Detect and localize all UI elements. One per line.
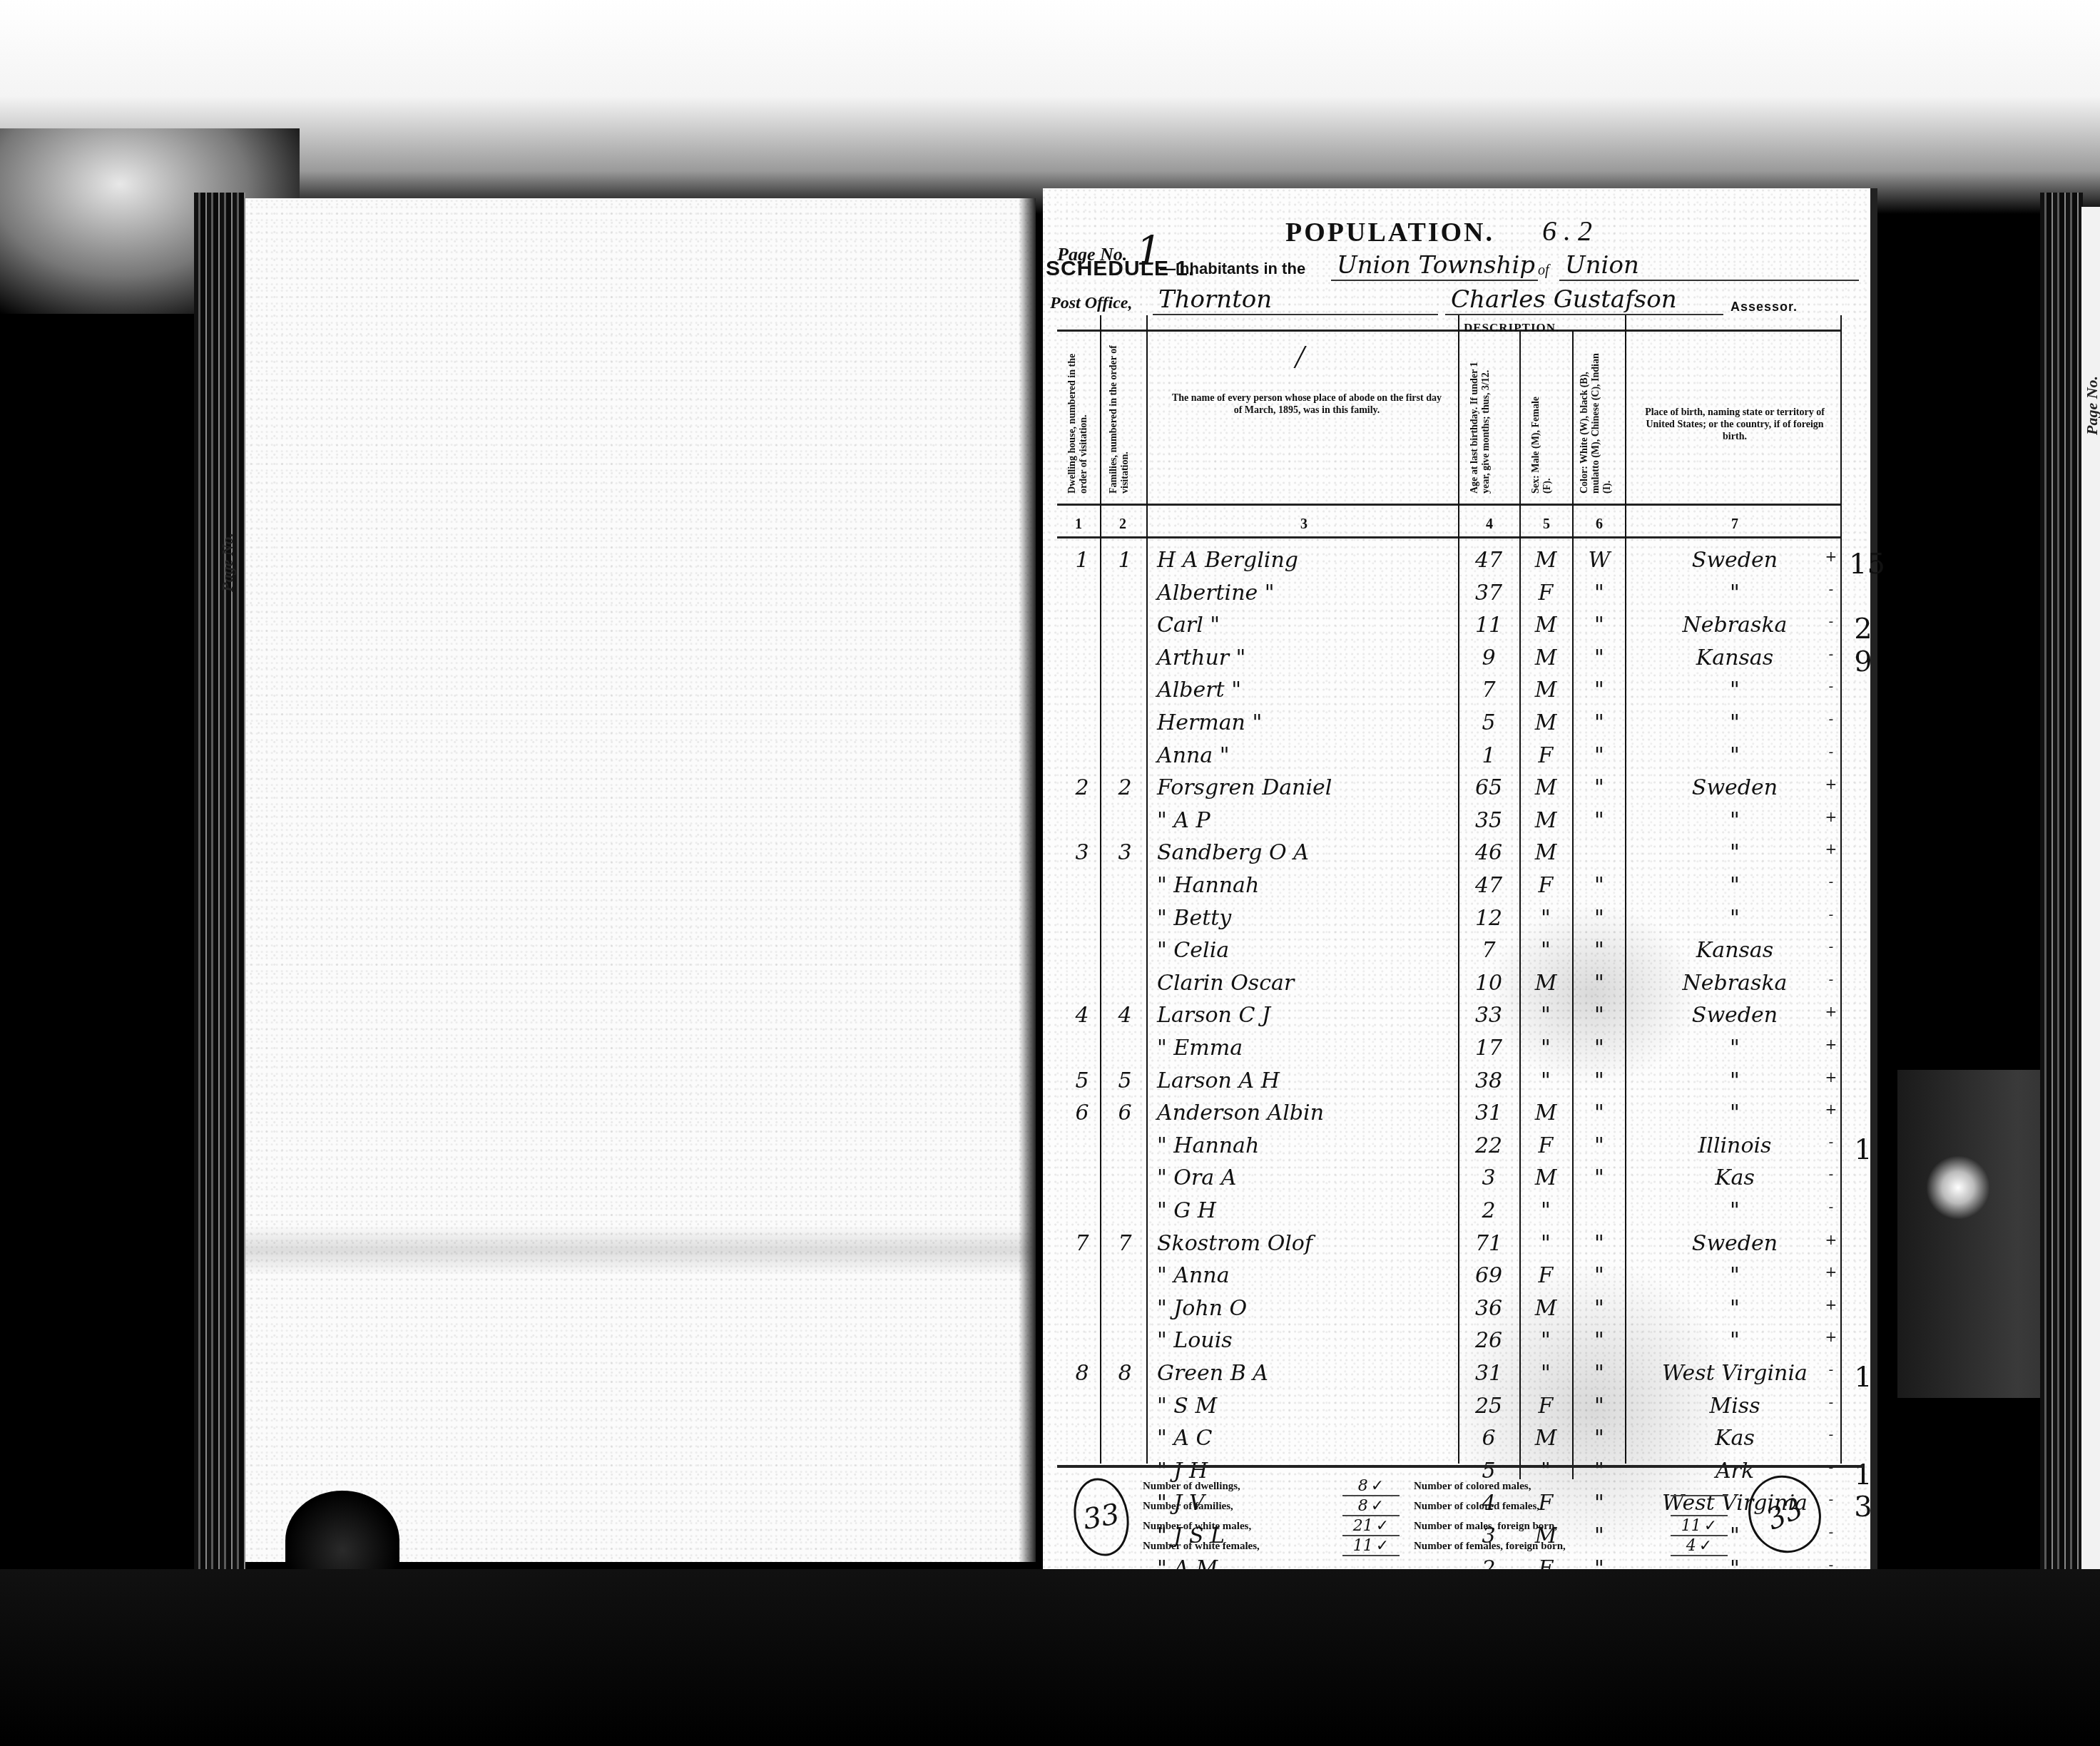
color: " bbox=[1578, 743, 1621, 768]
birthplace: " bbox=[1628, 1036, 1842, 1061]
margin-count: 15 bbox=[1849, 548, 1877, 581]
person-name: Albert " bbox=[1157, 678, 1457, 703]
table-row: " Hannah47F""- bbox=[1057, 873, 1856, 907]
title-annotation: 6 . 2 bbox=[1542, 214, 1592, 247]
table-row: Clarin Oscar10M"Nebraska- bbox=[1057, 971, 1856, 1005]
circled-count-left: 33 bbox=[1068, 1474, 1135, 1561]
sex: " bbox=[1524, 906, 1567, 931]
person-name: " Emma bbox=[1157, 1036, 1457, 1061]
tally-mark: + bbox=[1820, 1296, 1842, 1313]
age: 17 bbox=[1464, 1036, 1514, 1061]
family-number: 5 bbox=[1107, 1068, 1143, 1093]
sex: " bbox=[1524, 1036, 1567, 1061]
birthplace: West Virginia bbox=[1628, 1361, 1842, 1386]
sex: M bbox=[1524, 1296, 1567, 1321]
table-rule bbox=[1057, 536, 1842, 538]
sex: F bbox=[1524, 743, 1567, 768]
color: " bbox=[1578, 1133, 1621, 1158]
sex: F bbox=[1524, 581, 1567, 606]
person-name: Herman " bbox=[1157, 710, 1457, 735]
table-row: " A P35M""+ bbox=[1057, 808, 1856, 842]
color: " bbox=[1578, 1328, 1621, 1353]
tally-mark: - bbox=[1820, 873, 1842, 890]
sex: F bbox=[1524, 1394, 1567, 1419]
next-page-spine-label: Page No. bbox=[2083, 376, 2100, 435]
table-row: " John O36M""+ bbox=[1057, 1296, 1856, 1330]
table-row: " Betty12"""- bbox=[1057, 906, 1856, 940]
sex: M bbox=[1524, 840, 1567, 865]
age: 31 bbox=[1464, 1361, 1514, 1386]
color: " bbox=[1578, 710, 1621, 735]
age: 9 bbox=[1464, 645, 1514, 670]
table-row: " Louis26"""+ bbox=[1057, 1328, 1856, 1362]
sex: " bbox=[1524, 1328, 1567, 1353]
assessor-label: Assessor. bbox=[1731, 300, 1798, 315]
age: 22 bbox=[1464, 1133, 1514, 1158]
birthplace: Nebraska bbox=[1628, 971, 1842, 996]
age: 10 bbox=[1464, 971, 1514, 996]
footer-label: Number of white females, bbox=[1143, 1541, 1260, 1553]
table-row: " Celia7""Kansas- bbox=[1057, 938, 1856, 972]
header-dwelling: Dwelling house, numbered in the order of… bbox=[1067, 344, 1099, 494]
birthplace: Miss bbox=[1628, 1394, 1842, 1419]
birthplace: " bbox=[1628, 1296, 1842, 1321]
name-column-mark: / bbox=[1157, 351, 1442, 363]
tally-mark: - bbox=[1820, 906, 1842, 923]
footer-label: Number of families, bbox=[1143, 1501, 1233, 1513]
sex: F bbox=[1524, 873, 1567, 898]
person-name: " John O bbox=[1157, 1296, 1457, 1321]
birthplace: Sweden bbox=[1628, 548, 1842, 573]
birthplace: " bbox=[1628, 1328, 1842, 1353]
page-title: POPULATION. bbox=[1285, 217, 1494, 248]
white-males-count: 21✓ bbox=[1342, 1518, 1400, 1536]
family-number: 3 bbox=[1107, 840, 1143, 865]
header-age: Age at last birthday. If under 1 year, g… bbox=[1469, 344, 1512, 494]
birthplace: Kansas bbox=[1628, 645, 1842, 670]
footer-label: Number of females, foreign born, bbox=[1414, 1541, 1566, 1553]
table-row: Herman "5M""- bbox=[1057, 710, 1856, 745]
tally-mark: - bbox=[1820, 1133, 1842, 1150]
person-name: " Ora A bbox=[1157, 1165, 1457, 1190]
white-females-count: 11✓ bbox=[1342, 1538, 1400, 1556]
township-field: Union Township bbox=[1331, 251, 1538, 281]
header-sex: Sex: Male (M), Female (F). bbox=[1531, 379, 1559, 494]
table-row: 44Larson C J33""Sweden+ bbox=[1057, 1003, 1856, 1037]
column-number: 4 bbox=[1475, 516, 1504, 533]
column-number: 5 bbox=[1532, 516, 1561, 533]
tally-mark: - bbox=[1820, 1394, 1842, 1411]
top-glare bbox=[0, 0, 2100, 214]
inhabitants-label: —Inhabitants in the bbox=[1160, 260, 1305, 278]
sex: F bbox=[1524, 1133, 1567, 1158]
person-name: Albertine " bbox=[1157, 581, 1457, 606]
family-number: 4 bbox=[1107, 1003, 1143, 1028]
assessor-field: Charles Gustafson bbox=[1445, 285, 1723, 315]
tally-mark: - bbox=[1820, 710, 1842, 727]
sex: " bbox=[1524, 1198, 1567, 1223]
family-number: 7 bbox=[1107, 1231, 1143, 1256]
age: 47 bbox=[1464, 548, 1514, 573]
table-row: 88Green B A31""West Virginia-1 bbox=[1057, 1361, 1856, 1395]
color: " bbox=[1578, 1263, 1621, 1288]
color: " bbox=[1578, 1361, 1621, 1386]
tally-mark: + bbox=[1820, 808, 1842, 825]
tally-mark: + bbox=[1820, 1003, 1842, 1020]
age: 33 bbox=[1464, 1003, 1514, 1028]
person-name: " Hannah bbox=[1157, 873, 1457, 898]
person-name: " G H bbox=[1157, 1198, 1457, 1223]
table-row: " G H2""- bbox=[1057, 1198, 1856, 1232]
family-number: 8 bbox=[1107, 1361, 1143, 1386]
sex: M bbox=[1524, 710, 1567, 735]
sex: M bbox=[1524, 613, 1567, 638]
color: " bbox=[1578, 938, 1621, 963]
person-name: " A C bbox=[1157, 1426, 1457, 1451]
color: " bbox=[1578, 1426, 1621, 1451]
birthplace: " bbox=[1628, 678, 1842, 703]
birthplace: " bbox=[1628, 840, 1842, 865]
table-row: 22Forsgren Daniel65M"Sweden+ bbox=[1057, 775, 1856, 810]
birthplace: Illinois bbox=[1628, 1133, 1842, 1158]
age: 11 bbox=[1464, 613, 1514, 638]
person-name: Carl " bbox=[1157, 613, 1457, 638]
birthplace: Kansas bbox=[1628, 938, 1842, 963]
age: 31 bbox=[1464, 1101, 1514, 1125]
table-row: Anna "1F""- bbox=[1057, 743, 1856, 777]
tally-mark: - bbox=[1820, 581, 1842, 598]
birthplace: Sweden bbox=[1628, 775, 1842, 800]
birthplace: " bbox=[1628, 1101, 1842, 1125]
table-row: 77Skostrom Olof71""Sweden+ bbox=[1057, 1231, 1856, 1265]
table-row: " S M25F"Miss- bbox=[1057, 1394, 1856, 1428]
table-rule bbox=[1057, 330, 1842, 332]
person-name: " Celia bbox=[1157, 938, 1457, 963]
sex: M bbox=[1524, 1165, 1567, 1190]
margin-count: 2 bbox=[1849, 613, 1877, 645]
birthplace: " bbox=[1628, 808, 1842, 833]
dwelling-number: 1 bbox=[1064, 548, 1100, 573]
family-number: 2 bbox=[1107, 775, 1143, 800]
color: " bbox=[1578, 1394, 1621, 1419]
dwelling-number: 8 bbox=[1064, 1361, 1100, 1386]
person-name: Larson C J bbox=[1157, 1003, 1457, 1028]
color: " bbox=[1578, 775, 1621, 800]
census-table: DESCRIPTION. Dwelling house, numbered in… bbox=[1057, 315, 1856, 1456]
birthplace: " bbox=[1628, 873, 1842, 898]
age: 46 bbox=[1464, 840, 1514, 865]
color: " bbox=[1578, 1101, 1621, 1125]
birthplace: Kas bbox=[1628, 1165, 1842, 1190]
age: 69 bbox=[1464, 1263, 1514, 1288]
tally-mark: + bbox=[1820, 1036, 1842, 1053]
gutter-shadow bbox=[1019, 198, 1036, 1562]
color: " bbox=[1578, 1003, 1621, 1028]
table-row: " Emma17"""+ bbox=[1057, 1036, 1856, 1070]
circled-count-right: 33 bbox=[1735, 1464, 1833, 1565]
foreign-born-females-count: 4✓ bbox=[1671, 1538, 1728, 1556]
description-group-label: DESCRIPTION. bbox=[1464, 321, 1559, 335]
colored-males-count bbox=[1671, 1478, 1728, 1496]
column-number: 3 bbox=[1290, 516, 1318, 533]
tally-mark: - bbox=[1820, 1361, 1842, 1378]
table-row: " A C6M"Kas- bbox=[1057, 1426, 1856, 1460]
color: " bbox=[1578, 678, 1621, 703]
header-birthplace: Place of birth, naming state or territor… bbox=[1635, 407, 1835, 443]
person-name: " S M bbox=[1157, 1394, 1457, 1419]
tally-mark: + bbox=[1820, 1263, 1842, 1280]
person-name: " A P bbox=[1157, 808, 1457, 833]
table-row: " Hannah22F"Illinois-1 bbox=[1057, 1133, 1856, 1168]
birthplace: Sweden bbox=[1628, 1003, 1842, 1028]
birthplace: " bbox=[1628, 1068, 1842, 1093]
sex: F bbox=[1524, 1263, 1567, 1288]
column-number: 2 bbox=[1108, 516, 1137, 533]
color: " bbox=[1578, 906, 1621, 931]
far-right-spine bbox=[2040, 193, 2083, 1569]
tally-mark: - bbox=[1820, 1426, 1842, 1443]
color: " bbox=[1578, 1165, 1621, 1190]
table-row: " Ora A3M"Kas- bbox=[1057, 1165, 1856, 1200]
birthplace: " bbox=[1628, 581, 1842, 606]
margin-count: 1 bbox=[1849, 1361, 1877, 1394]
table-row: 55Larson A H38"""+ bbox=[1057, 1068, 1856, 1103]
sex: " bbox=[1524, 1231, 1567, 1256]
color: " bbox=[1578, 645, 1621, 670]
person-name: Green B A bbox=[1157, 1361, 1457, 1386]
post-office-field: Thornton bbox=[1153, 285, 1438, 315]
age: 5 bbox=[1464, 710, 1514, 735]
column-number: 6 bbox=[1585, 516, 1614, 533]
sex: " bbox=[1524, 938, 1567, 963]
tally-mark: - bbox=[1820, 743, 1842, 760]
light-reflection bbox=[1926, 1155, 1990, 1220]
footer-label: Number of dwellings, bbox=[1143, 1481, 1240, 1493]
person-name: Forsgren Daniel bbox=[1157, 775, 1457, 800]
birthplace: " bbox=[1628, 710, 1842, 735]
tally-mark: + bbox=[1820, 775, 1842, 792]
age: 7 bbox=[1464, 678, 1514, 703]
tally-mark: - bbox=[1820, 678, 1842, 695]
sex: M bbox=[1524, 1426, 1567, 1451]
tally-mark: + bbox=[1820, 840, 1842, 857]
birthplace: Nebraska bbox=[1628, 613, 1842, 638]
person-name: H A Bergling bbox=[1157, 548, 1457, 573]
county-field: Union bbox=[1559, 251, 1859, 281]
next-page-edge: Page No. bbox=[2081, 207, 2100, 1583]
color: " bbox=[1578, 1296, 1621, 1321]
color: " bbox=[1578, 873, 1621, 898]
table-row: Albert "7M""- bbox=[1057, 678, 1856, 712]
age: 37 bbox=[1464, 581, 1514, 606]
age: 1 bbox=[1464, 743, 1514, 768]
age: 2 bbox=[1464, 1198, 1514, 1223]
dwelling-number: 3 bbox=[1064, 840, 1100, 865]
tally-mark: + bbox=[1820, 1231, 1842, 1248]
dwelling-number: 5 bbox=[1064, 1068, 1100, 1093]
left-spine: Page No. bbox=[194, 193, 245, 1569]
schedule-line: SCHEDULE 1. —Inhabitants in the Union To… bbox=[1046, 251, 1866, 287]
age: 25 bbox=[1464, 1394, 1514, 1419]
table-row: Arthur "9M"Kansas-9 bbox=[1057, 645, 1856, 680]
table-row: Albertine "37F""- bbox=[1057, 581, 1856, 615]
column-number: 1 bbox=[1064, 516, 1093, 533]
bottom-dark-region bbox=[0, 1569, 2100, 1746]
age: 26 bbox=[1464, 1328, 1514, 1353]
birthplace: " bbox=[1628, 743, 1842, 768]
tally-mark: - bbox=[1820, 1165, 1842, 1183]
table-row: " Anna69F""+ bbox=[1057, 1263, 1856, 1297]
color: " bbox=[1578, 1068, 1621, 1093]
person-name: Larson A H bbox=[1157, 1068, 1457, 1093]
dwelling-number: 6 bbox=[1064, 1101, 1100, 1125]
tally-mark: - bbox=[1820, 1198, 1842, 1215]
birthplace: " bbox=[1628, 906, 1842, 931]
census-page: Page No. 1 POPULATION. 6 . 2 SCHEDULE 1.… bbox=[1043, 188, 1877, 1579]
left-spine-label: Page No. bbox=[218, 533, 237, 592]
foreign-born-males-count: 11✓ bbox=[1671, 1518, 1728, 1536]
color: " bbox=[1578, 971, 1621, 996]
person-name: Anderson Albin bbox=[1157, 1101, 1457, 1125]
person-name: " Betty bbox=[1157, 906, 1457, 931]
sex: M bbox=[1524, 971, 1567, 996]
dwellings-count: 8✓ bbox=[1342, 1478, 1400, 1496]
color: " bbox=[1578, 581, 1621, 606]
color: " bbox=[1578, 613, 1621, 638]
families-count: 8✓ bbox=[1342, 1498, 1400, 1516]
color: " bbox=[1578, 808, 1621, 833]
family-number: 1 bbox=[1107, 548, 1143, 573]
sex: M bbox=[1524, 548, 1567, 573]
tally-mark: + bbox=[1820, 548, 1842, 565]
color: " bbox=[1578, 1036, 1621, 1061]
person-name: Skostrom Olof bbox=[1157, 1231, 1457, 1256]
age: 6 bbox=[1464, 1426, 1514, 1451]
header-family: Families, numbered in the order of visit… bbox=[1108, 344, 1140, 494]
age: 47 bbox=[1464, 873, 1514, 898]
header-color: Color: White (W), black (B), mulatto (M)… bbox=[1579, 344, 1621, 494]
person-name: Sandberg O A bbox=[1157, 840, 1457, 865]
age: 3 bbox=[1464, 1165, 1514, 1190]
sex: M bbox=[1524, 775, 1567, 800]
person-name: Clarin Oscar bbox=[1157, 971, 1457, 996]
post-office-label: Post Office, bbox=[1050, 294, 1133, 313]
dwelling-number: 4 bbox=[1064, 1003, 1100, 1028]
table-row: Carl "11M"Nebraska-2 bbox=[1057, 613, 1856, 647]
tally-mark: - bbox=[1820, 645, 1842, 663]
fold-shadow bbox=[245, 1225, 1036, 1275]
sex: M bbox=[1524, 808, 1567, 833]
person-name: " Louis bbox=[1157, 1328, 1457, 1353]
tally-mark: - bbox=[1820, 613, 1842, 630]
table-row: 66Anderson Albin31M""+ bbox=[1057, 1101, 1856, 1135]
sex: M bbox=[1524, 678, 1567, 703]
birthplace: " bbox=[1628, 1198, 1842, 1223]
header-name: The name of every person whose place of … bbox=[1171, 392, 1442, 417]
birthplace: Kas bbox=[1628, 1426, 1842, 1451]
table-rule bbox=[1057, 504, 1842, 506]
table-row: 33Sandberg O A46M"+ bbox=[1057, 840, 1856, 874]
margin-count: 9 bbox=[1849, 645, 1877, 678]
birthplace: " bbox=[1628, 1263, 1842, 1288]
sex: " bbox=[1524, 1068, 1567, 1093]
margin-count: 1 bbox=[1849, 1133, 1877, 1166]
dwelling-number: 2 bbox=[1064, 775, 1100, 800]
birthplace: Sweden bbox=[1628, 1231, 1842, 1256]
tally-mark: + bbox=[1820, 1101, 1842, 1118]
colored-females-count bbox=[1671, 1498, 1728, 1516]
dwelling-number: 7 bbox=[1064, 1231, 1100, 1256]
column-number: 7 bbox=[1721, 516, 1749, 533]
tally-mark: - bbox=[1820, 971, 1842, 988]
age: 35 bbox=[1464, 808, 1514, 833]
of-label: of bbox=[1538, 262, 1549, 279]
summary-footer: 33 33 Number of dwellings, Number of fam… bbox=[1057, 1465, 1863, 1572]
footer-label: Number of colored males, bbox=[1414, 1481, 1531, 1493]
tally-mark: + bbox=[1820, 1068, 1842, 1086]
person-name: " Hannah bbox=[1157, 1133, 1457, 1158]
age: 12 bbox=[1464, 906, 1514, 931]
footer-label: Number of colored females, bbox=[1414, 1501, 1539, 1513]
person-name: Arthur " bbox=[1157, 645, 1457, 670]
tally-mark: - bbox=[1820, 938, 1842, 955]
age: 38 bbox=[1464, 1068, 1514, 1093]
color: W bbox=[1578, 548, 1621, 573]
tally-mark: + bbox=[1820, 1328, 1842, 1345]
person-name: " Anna bbox=[1157, 1263, 1457, 1288]
sex: " bbox=[1524, 1003, 1567, 1028]
sex: M bbox=[1524, 645, 1567, 670]
age: 7 bbox=[1464, 938, 1514, 963]
person-name: Anna " bbox=[1157, 743, 1457, 768]
footer-label: Number of males, foreign born, bbox=[1414, 1521, 1557, 1533]
sex: " bbox=[1524, 1361, 1567, 1386]
footer-label: Number of white males, bbox=[1143, 1521, 1251, 1533]
color: " bbox=[1578, 1231, 1621, 1256]
sex: M bbox=[1524, 1101, 1567, 1125]
family-number: 6 bbox=[1107, 1101, 1143, 1125]
left-page bbox=[245, 198, 1036, 1562]
age: 65 bbox=[1464, 775, 1514, 800]
age: 71 bbox=[1464, 1231, 1514, 1256]
table-row: 11H A Bergling47MWSweden+15 bbox=[1057, 548, 1856, 582]
age: 36 bbox=[1464, 1296, 1514, 1321]
